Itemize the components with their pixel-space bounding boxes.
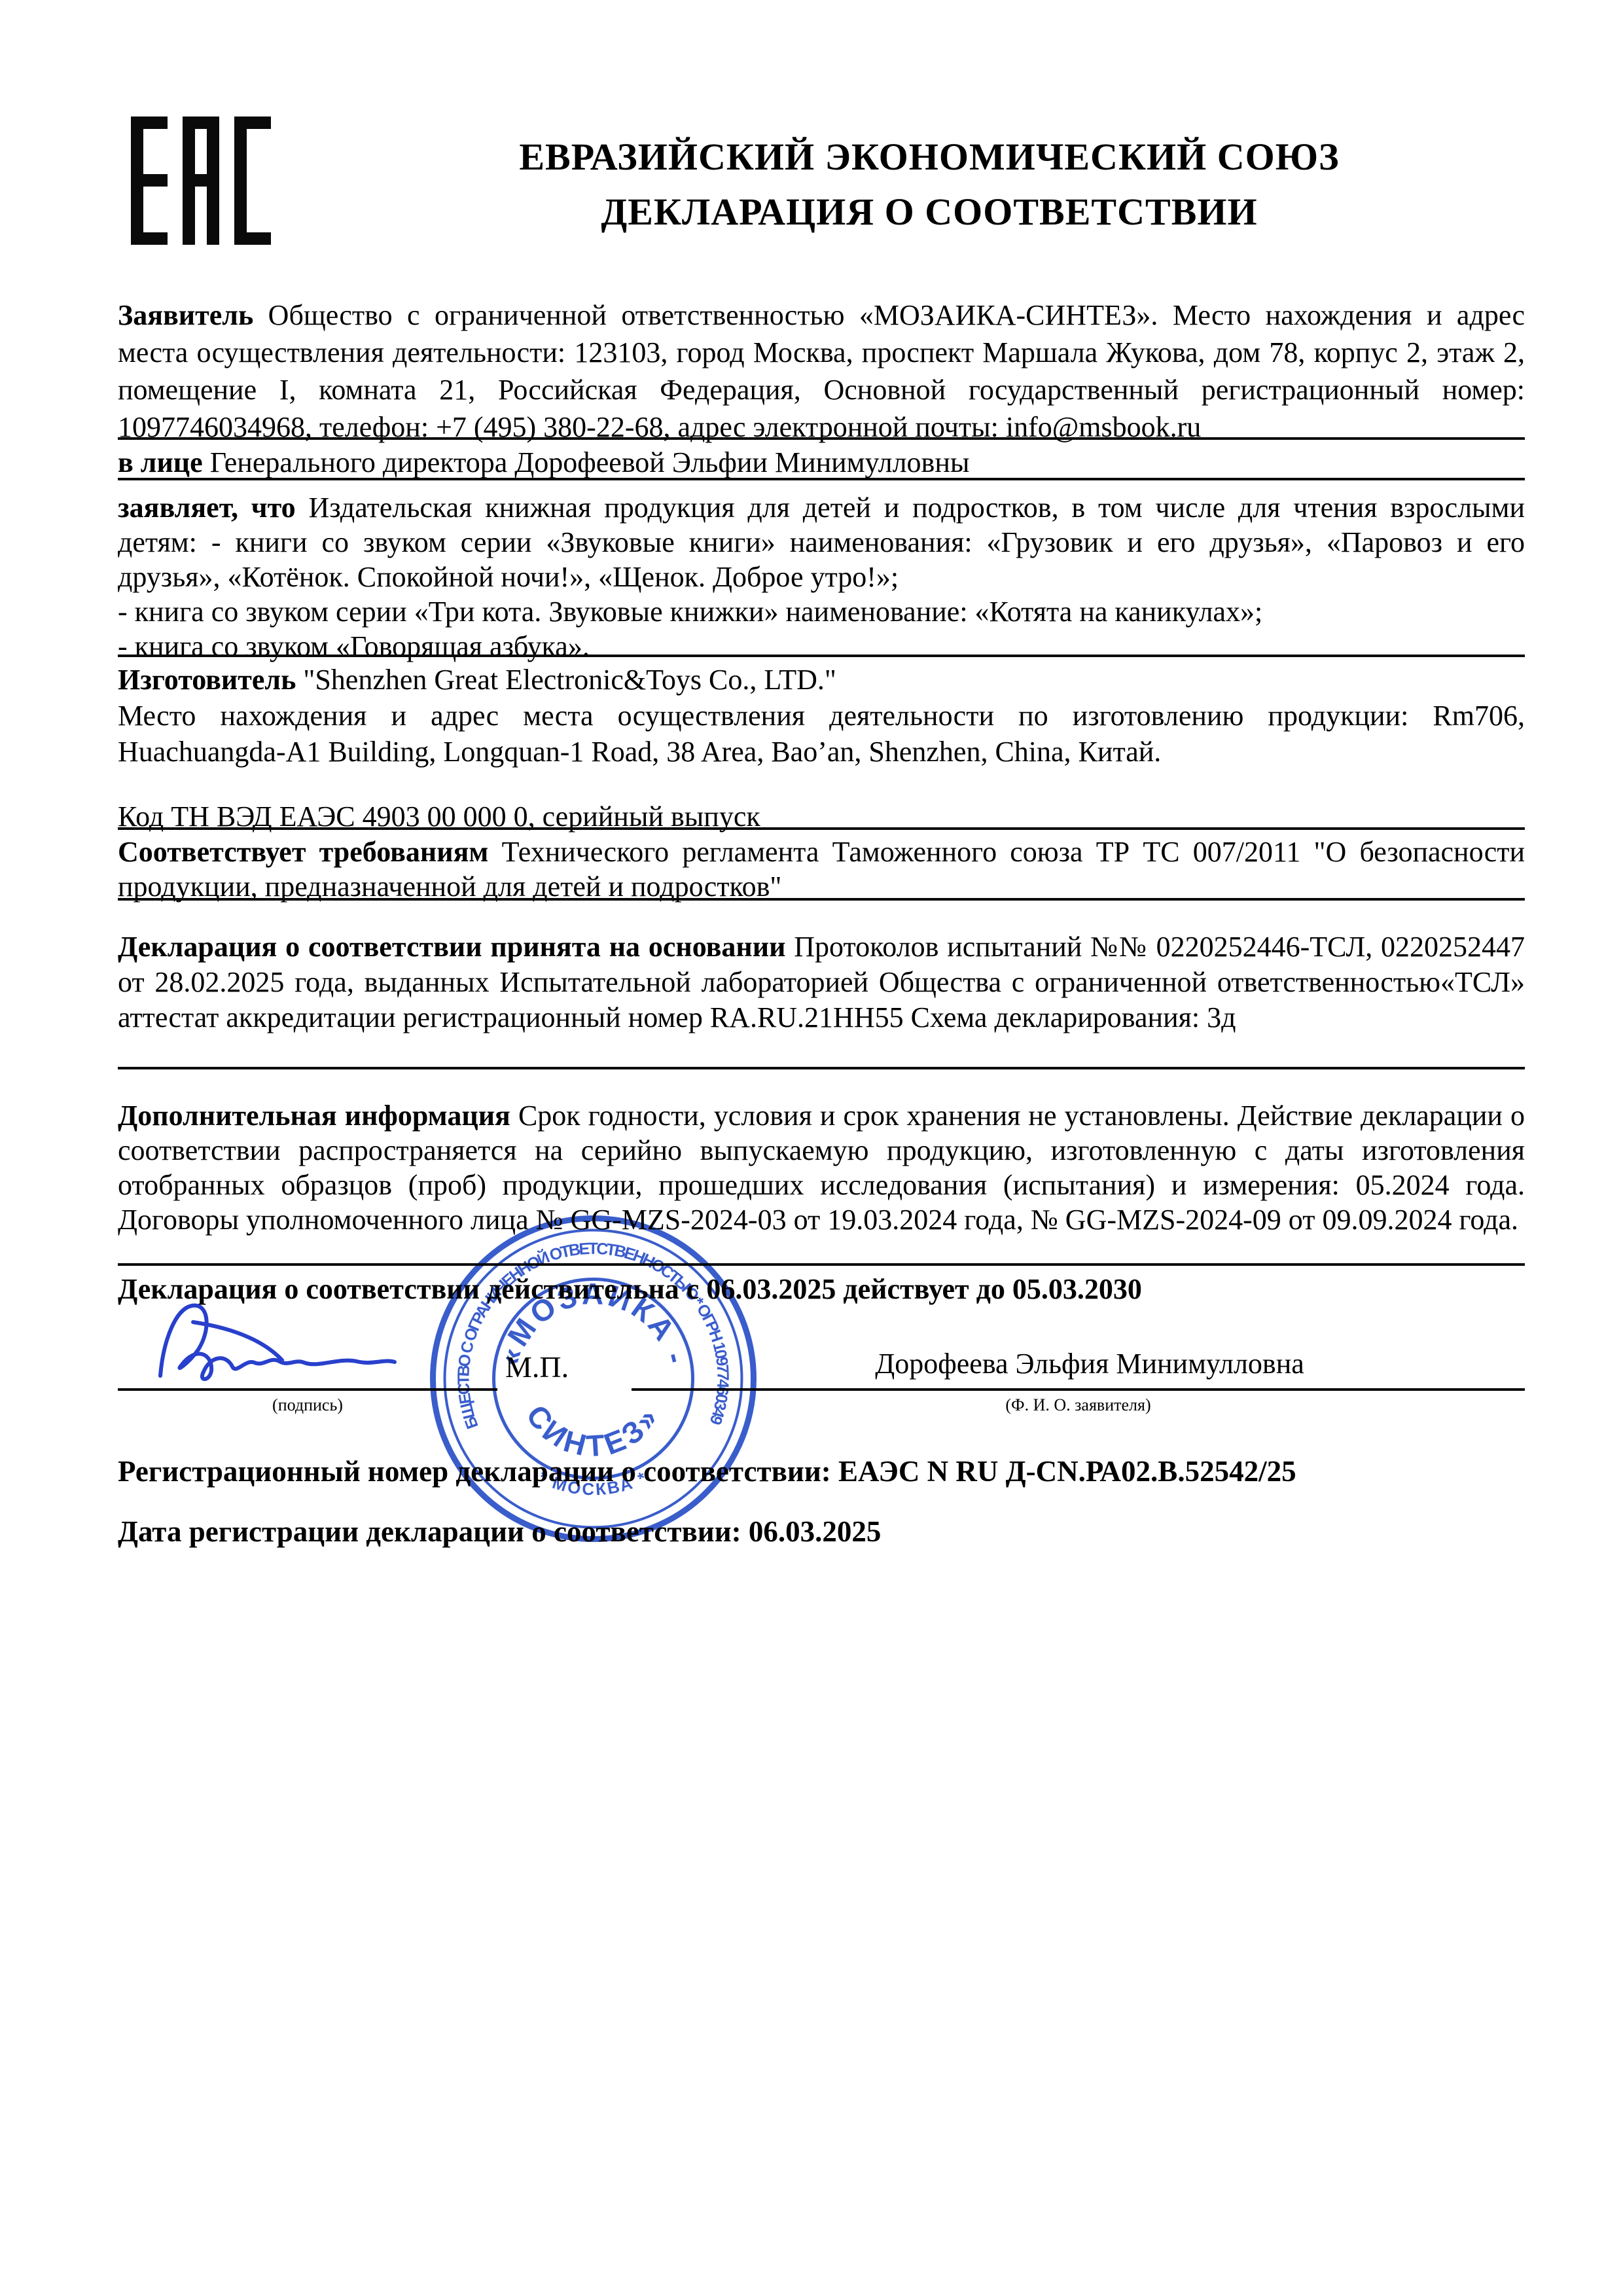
manufacturer-label: Изготовитель (118, 664, 296, 696)
declares-item-3: - книга со звуком «Говорящая азбука». (118, 629, 1525, 664)
declares-label: заявляет, что (118, 492, 296, 524)
rule-after-in-person (118, 478, 1525, 480)
title-line-union: ЕВРАЗИЙСКИЙ ЭКОНОМИЧЕСКИЙ СОЮЗ (281, 130, 1577, 185)
eac-logo (131, 117, 275, 245)
rule-after-declares (118, 655, 1525, 657)
rule-after-applicant (118, 437, 1525, 440)
svg-text:СИНТЕЗ»: СИНТЕЗ» (520, 1399, 667, 1463)
signer-name: Дорофеева Эльфия Минимулловна (654, 1347, 1525, 1380)
manufacturer-section: Изготовитель "Shenzhen Great Electronic&… (118, 662, 1525, 770)
basis-paragraph: Декларация о соответствии принята на осн… (118, 929, 1525, 1035)
rule-after-additional (118, 1263, 1525, 1266)
company-round-stamp: ОБЩЕСТВО С ОГРАНИЧЕННОЙ ОТВЕТСТВЕННОСТЬЮ… (428, 1213, 758, 1544)
in-person-line: в лице Генерального директора Дорофеевой… (118, 444, 1525, 481)
manufacturer-line: Изготовитель "Shenzhen Great Electronic&… (118, 662, 1525, 698)
declares-paragraph: заявляет, что Издательская книжная проду… (118, 490, 1525, 594)
manufacturer-address: Место нахождения и адрес места осуществл… (118, 698, 1525, 770)
declares-item-2: - книга со звуком серии «Три кота. Звуко… (118, 594, 1525, 629)
applicant-label: Заявитель (118, 299, 253, 331)
title-line-declaration: ДЕКЛАРАЦИЯ О СООТВЕТСТВИИ (281, 185, 1577, 240)
stamp-center-line1: «МОЗАИКА - (492, 1277, 694, 1370)
applicant-paragraph: Заявитель Общество с ограниченной ответс… (118, 296, 1525, 446)
additional-info-label: Дополнительная информация (118, 1100, 510, 1132)
stamp-bottom-text: * МОСКВА * (535, 1467, 651, 1499)
declares-text: Издательская книжная продукция для детей… (118, 492, 1525, 593)
complies-label: Соответствует требованиям (118, 836, 488, 868)
rule-after-complies (118, 898, 1525, 901)
signer-name-caption: (Ф. И. О. заявителя) (632, 1395, 1525, 1415)
complies-paragraph: Соответствует требованиям Технического р… (118, 834, 1525, 904)
svg-text:«МОЗАИКА -: «МОЗАИКА - (492, 1277, 694, 1370)
declares-section: заявляет, что Издательская книжная проду… (118, 490, 1525, 664)
in-person-text: Генерального директора Дорофеевой Эльфии… (210, 446, 970, 478)
applicant-text: Общество с ограниченной ответственностью… (118, 299, 1525, 443)
handwritten-signature (147, 1296, 438, 1394)
manufacturer-name: "Shenzhen Great Electronic&Toys Co., LTD… (303, 664, 836, 696)
registration-number-line: Регистрационный номер декларации о соотв… (118, 1453, 1525, 1490)
rule-after-basis (118, 1067, 1525, 1069)
in-person-label: в лице (118, 446, 203, 478)
stamp-center-line2: СИНТЕЗ» (520, 1399, 667, 1463)
svg-text:* МОСКВА *: * МОСКВА * (535, 1467, 651, 1499)
document-title: ЕВРАЗИЙСКИЙ ЭКОНОМИЧЕСКИЙ СОЮЗ ДЕКЛАРАЦИ… (281, 130, 1577, 240)
rule-after-tnved (118, 827, 1525, 830)
basis-label: Декларация о соответствии принята на осн… (118, 931, 785, 963)
registration-date-line: Дата регистрации декларации о соответств… (118, 1513, 1525, 1550)
declaration-page: ЕВРАЗИЙСКИЙ ЭКОНОМИЧЕСКИЙ СОЮЗ ДЕКЛАРАЦИ… (0, 0, 1623, 2296)
signer-name-line (632, 1388, 1525, 1391)
additional-info-paragraph: Дополнительная информация Срок годности,… (118, 1098, 1525, 1237)
